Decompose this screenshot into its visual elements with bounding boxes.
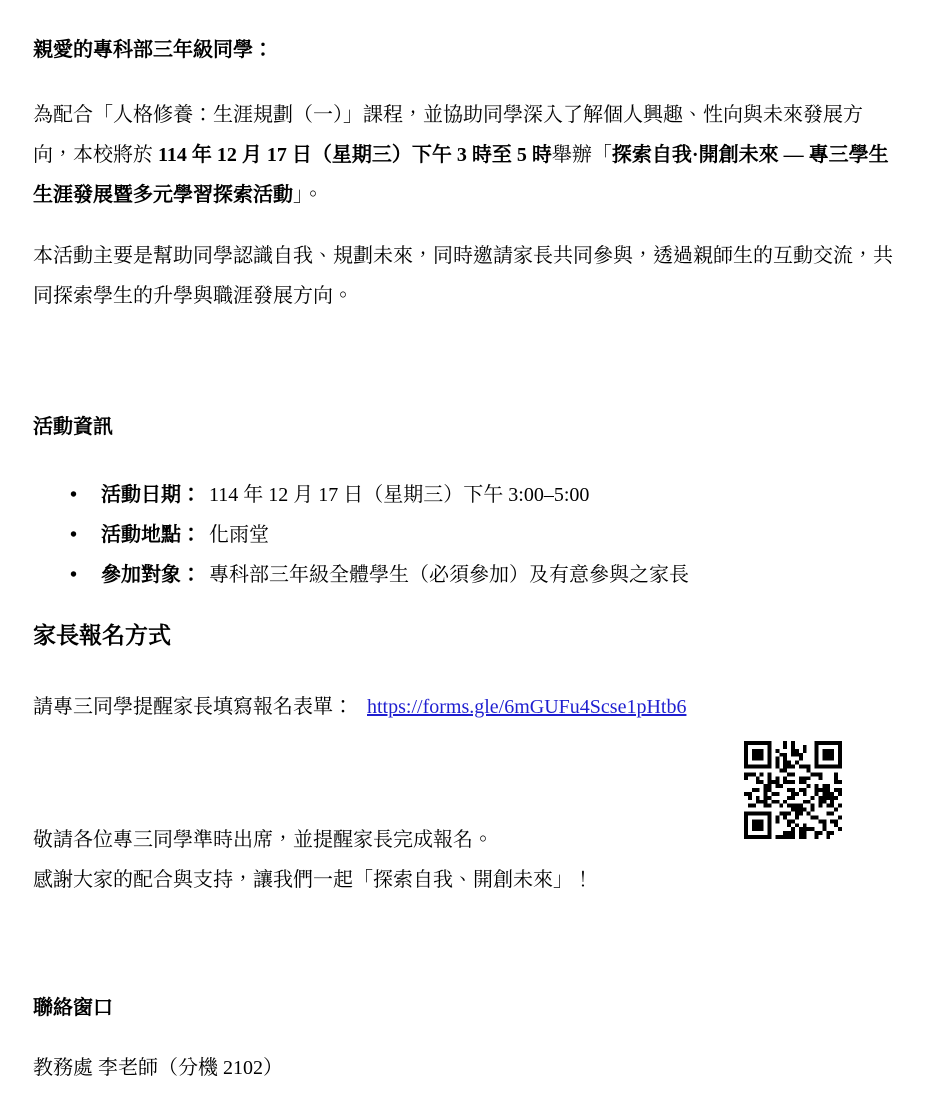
info-item-participants-label: 參加對象： [101, 564, 201, 586]
closing-line-2: 感謝大家的配合與支持，讓我們一起「探索自我、開創未來」！ [33, 860, 902, 900]
contact-heading: 聯絡窗口 [33, 988, 902, 1028]
section-heading-event-info: 活動資訊 [33, 407, 902, 447]
info-item-participants: 參加對象：專科部三年級全體學生（必須參加）及有意參與之家長 [68, 555, 902, 595]
signup-paragraph: 請專三同學提醒家長填寫報名表單：https://forms.gle/6mGUFu… [33, 687, 902, 727]
signup-instruction: 請專三同學提醒家長填寫報名表單： [33, 696, 353, 718]
purpose-paragraph: 本活動主要是幫助同學認識自我、規劃未來，同時邀請家長共同參與，透過親師生的互動交… [33, 236, 902, 316]
section-heading-parent-signup: 家長報名方式 [33, 614, 902, 658]
info-item-date-label: 活動日期： [101, 484, 201, 506]
info-item-date-value: 114 年 12 月 17 日（星期三）下午 3:00–5:00 [209, 484, 589, 506]
greeting-line: 親愛的專科部三年級同學： [33, 30, 902, 70]
qr-code [743, 741, 843, 839]
contact-detail: 教務處 李老師（分機 2102） [33, 1048, 902, 1088]
event-datetime-bold: 114 年 12 月 17 日（星期三）下午 3 時至 5 時 [158, 144, 552, 166]
info-item-location: 活動地點：化雨堂 [68, 515, 902, 555]
event-info-list: 活動日期：114 年 12 月 17 日（星期三）下午 3:00–5:00 活動… [33, 475, 902, 595]
intro-text-2: 舉辦「 [552, 144, 612, 166]
info-item-participants-value: 專科部三年級全體學生（必須參加）及有意參與之家長 [209, 564, 689, 586]
info-item-location-value: 化雨堂 [209, 524, 269, 546]
document-page: 親愛的專科部三年級同學： 為配合「人格修養：生涯規劃（一）」課程，並協助同學深入… [0, 0, 935, 1099]
signup-form-link[interactable]: https://forms.gle/6mGUFu4Scse1pHtb6 [367, 696, 686, 718]
info-item-location-label: 活動地點： [101, 524, 201, 546]
info-item-date: 活動日期：114 年 12 月 17 日（星期三）下午 3:00–5:00 [68, 475, 902, 515]
intro-text-3: 」。 [293, 184, 323, 206]
intro-paragraph: 為配合「人格修養：生涯規劃（一）」課程，並協助同學深入了解個人興趣、性向與未來發… [33, 95, 902, 215]
